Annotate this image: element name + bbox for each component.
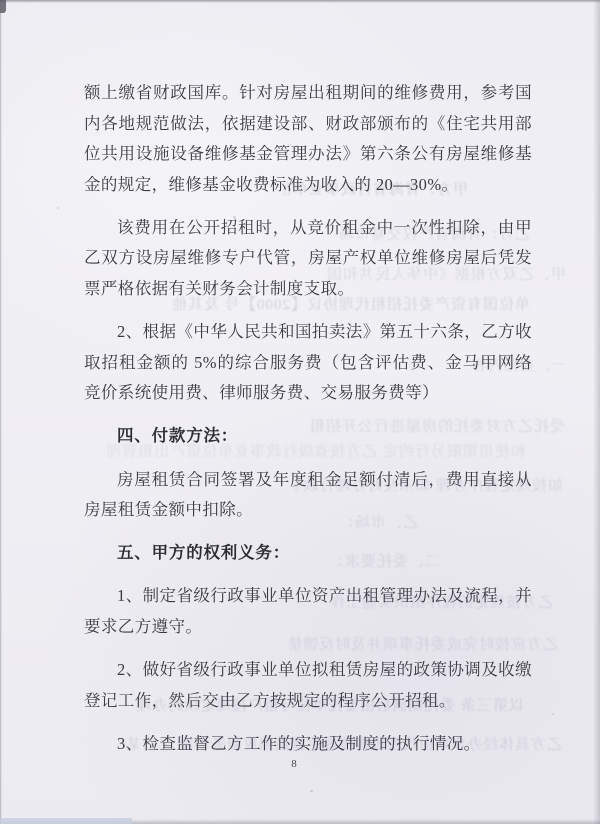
document-body: 额上缴省财政国库。针对房屋出租期间的维修费用，参考国内各地规范做法，依据建设部、… xyxy=(84,78,532,772)
scan-edge-bottom-strip xyxy=(0,818,132,824)
paragraph: 2、做好省级行政事业单位拟租赁房屋的政策协调及收缴登记工作，然后交由乙方按规定的… xyxy=(84,655,532,716)
paragraph: 额上缴省财政国库。针对房屋出租期间的维修费用，参考国内各地规范做法，依据建设部、… xyxy=(84,78,532,200)
paragraph: 2、根据《中华人民共和国拍卖法》第五十六条，乙方收取招租金额的 5%的综合服务费… xyxy=(84,317,532,409)
paper-speck xyxy=(552,713,554,715)
scan-edge-top xyxy=(0,0,600,3)
section-heading-payment-method: 四、付款方法： xyxy=(84,421,532,452)
paragraph: 该费用在公开招租时，从竞价租金中一次性扣除，由甲乙双方设房屋维修专户代管，房屋产… xyxy=(84,213,532,305)
scan-edge-left xyxy=(0,0,2,824)
scan-edge-right xyxy=(593,0,600,824)
paragraph: 房屋租赁合同签署及年度租金足额付清后，费用直接从房屋租赁金额中扣除。 xyxy=(84,465,532,526)
paragraph: 1、制定省级行政事业单位资产出租管理办法及流程，并要求乙方遵守。 xyxy=(84,581,532,642)
page-number: 8 xyxy=(284,758,304,770)
section-heading-party-a-rights: 五、甲方的权利义务： xyxy=(84,538,532,569)
paper-speck xyxy=(310,790,313,792)
paper-speck xyxy=(57,207,59,209)
scanned-page: 甲方：青海省行政事业单位 乙方：青海省产权交易市场 甲、乙双方根据《中华人民共和… xyxy=(0,0,600,824)
paragraph: 3、检查监督乙方工作的实施及制度的执行情况。 xyxy=(84,729,532,760)
